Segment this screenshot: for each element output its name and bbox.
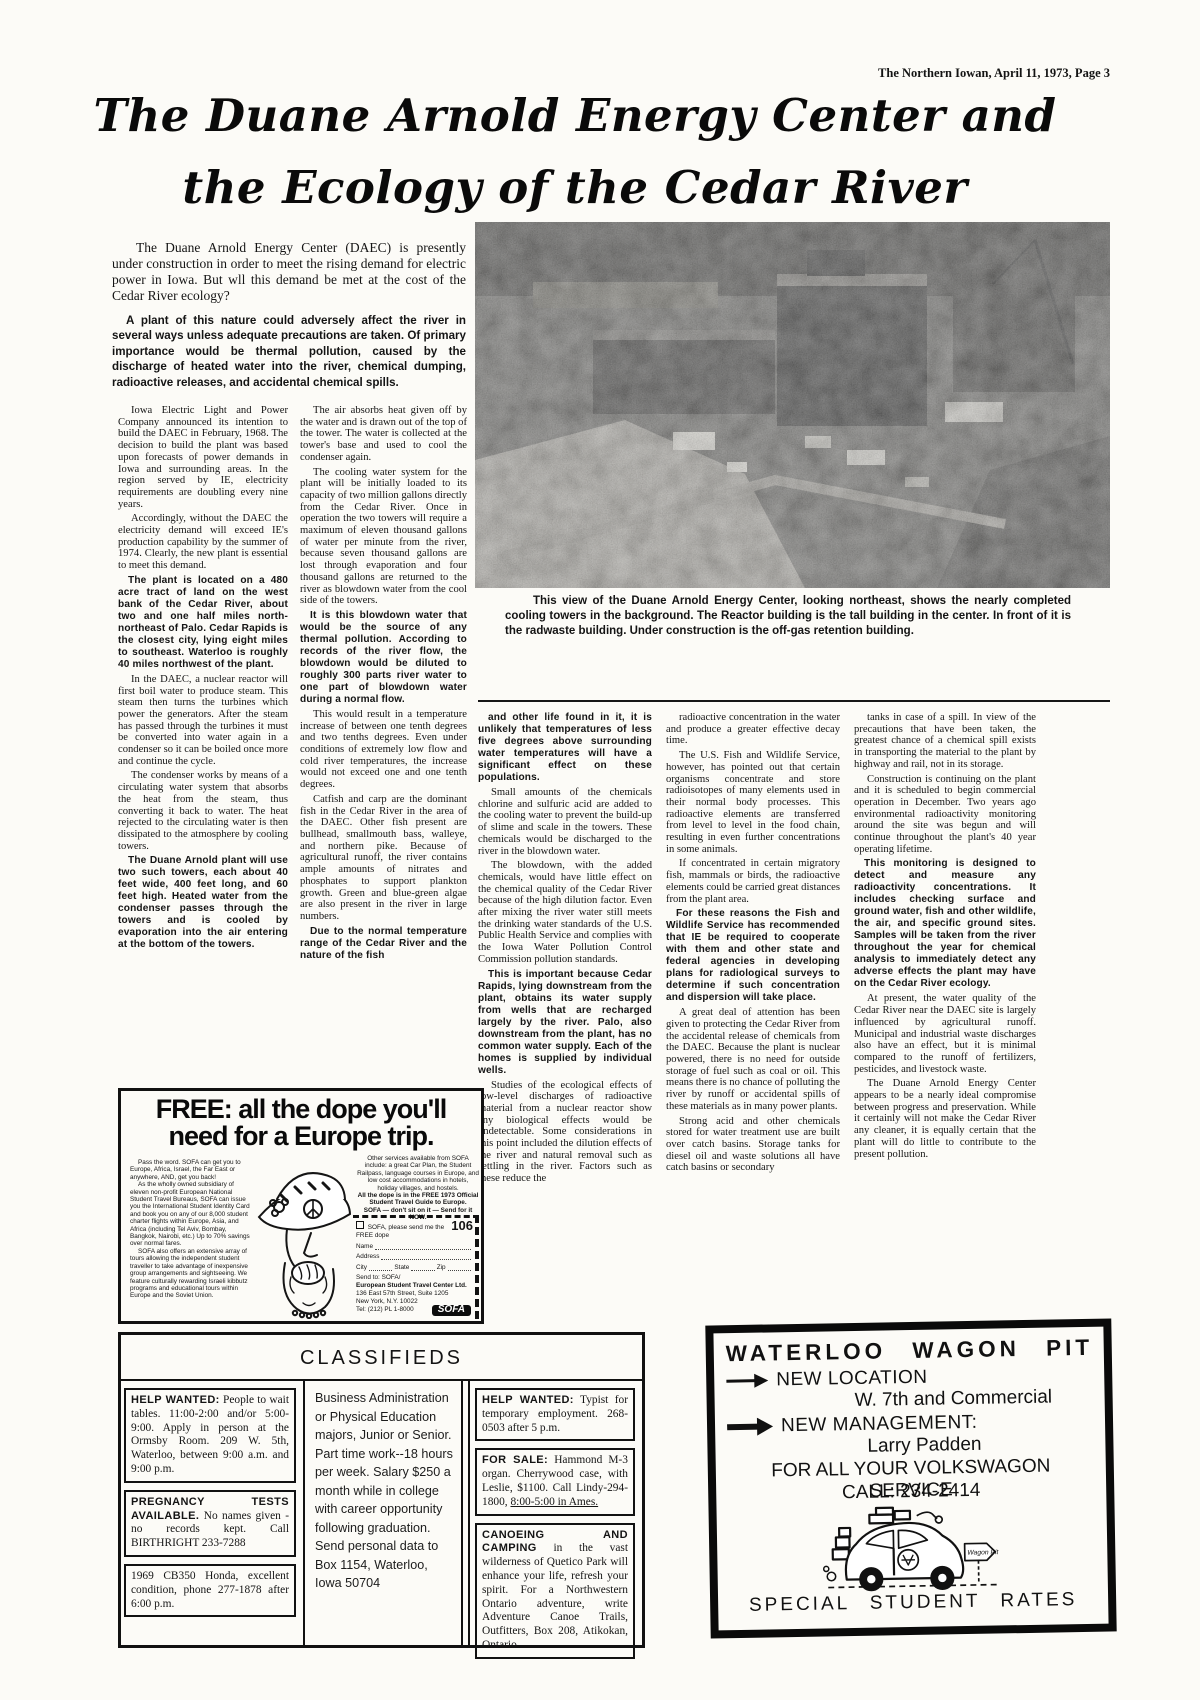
paragraph: The blowdown, with the added chemicals, …: [478, 860, 652, 965]
classified-ad-honda: 1969 CB350 Honda, excellent condition, p…: [124, 1564, 296, 1617]
paragraph: For these reasons the Fish and Wildlife …: [666, 908, 840, 1004]
sofa-services-line1: Other services available from SOFA inclu…: [357, 1155, 479, 1192]
wagon-car-area: Wagon Pit: [728, 1501, 1095, 1595]
vw-beetle-illustration: Wagon Pit: [805, 1502, 1019, 1594]
sofa-services-text: Other services available from SOFA inclu…: [357, 1155, 479, 1222]
sofa-logo: SOFA: [432, 1305, 471, 1316]
wagon-new-management-label: NEW MANAGEMENT:: [781, 1411, 978, 1436]
classified-body: People to wait tables. 11:00-2:00 and/or…: [131, 1394, 289, 1475]
paragraph: The Duane Arnold plant will use two such…: [118, 855, 288, 951]
newspaper-page: The Northern Iowan, April 11, 1973, Page…: [0, 0, 1200, 1700]
classified-body: in the vast wilderness of Quetico Park w…: [482, 1542, 628, 1651]
article-column-2: The air absorbs heat given off by the wa…: [300, 405, 467, 965]
coupon-code: 106: [451, 1221, 473, 1231]
classified-ad-canoeing: CANOEING AND CAMPING in the vast wildern…: [475, 1523, 635, 1659]
arrow-icon: [726, 1372, 768, 1389]
paragraph: If concentrated in certain migratory fis…: [666, 858, 840, 905]
paragraph: Construction is continuing on the plant …: [854, 774, 1036, 856]
classified-label: HELP WANTED:: [482, 1394, 574, 1406]
photo-caption: This view of the Duane Arnold Energy Cen…: [505, 594, 1071, 639]
paragraph: Small amounts of the chemicals chlorine …: [478, 787, 652, 857]
paragraph: Strong acid and other chemicals stored f…: [666, 1116, 840, 1175]
classified-body: 1969 CB350 Honda, excellent condition, p…: [131, 1570, 289, 1610]
classified-ad-pregnancy-tests: PREGNANCY TESTS AVAILABLE. No names give…: [124, 1490, 296, 1557]
article-column-3: and other life found in it, it is unlike…: [478, 712, 652, 1188]
paragraph: Studies of the ecological effects of low…: [478, 1080, 652, 1185]
paragraph: The air absorbs heat given off by the wa…: [300, 405, 467, 464]
classified-ad-business-majors: Business Administration or Physical Educ…: [315, 1389, 455, 1593]
paragraph: The plant is located on a 480 acre tract…: [118, 575, 288, 671]
sofa-left-text: Pass the word. SOFA can get you to Europ…: [130, 1159, 250, 1300]
coupon-zip-field: [448, 1265, 471, 1271]
coupon-org: European Student Travel Center Ltd.: [356, 1282, 473, 1290]
paragraph: Catfish and carp are the dominant fish i…: [300, 794, 467, 923]
headline-line-2: the Ecology of the Cedar River: [40, 152, 1110, 224]
paragraph: As the wholly owned subsidiary of eleven…: [130, 1181, 250, 1248]
aerial-photo-illustration: [475, 222, 1110, 588]
sofa-character-illustration: [251, 1157, 353, 1319]
paragraph: The cooling water system for the plant w…: [300, 467, 467, 607]
intro-paragraph: The Duane Arnold Energy Center (DAEC) is…: [112, 240, 466, 304]
headline-line-1: The Duane Arnold Energy Center and: [40, 80, 1110, 152]
sofa-ad-body: Pass the word. SOFA can get you to Europ…: [121, 1153, 481, 1321]
paragraph: and other life found in it, it is unlike…: [478, 712, 652, 784]
paragraph: This is important because Cedar Rapids, …: [478, 969, 652, 1077]
classifieds-section: CLASSIFIEDS HELP WANTED: People to wait …: [118, 1332, 645, 1648]
sofa-headline: FREE: all the dope you'll need for a Eur…: [125, 1096, 477, 1150]
column-divider: [303, 1381, 305, 1645]
coupon-name-field: [375, 1244, 471, 1250]
coupon-request-text: SOFA, please send me the FREE dope: [356, 1224, 444, 1239]
paragraph: In the DAEC, a nuclear reactor will firs…: [118, 674, 288, 768]
section-divider: [478, 700, 1110, 702]
coupon-state-field: [411, 1265, 434, 1271]
sofa-headline-line1: FREE: all the dope you'll: [125, 1096, 477, 1123]
coupon-city-label: City: [356, 1264, 367, 1272]
wagon-new-location-label: NEW LOCATION: [776, 1366, 928, 1391]
paragraph: Due to the normal temperature range of t…: [300, 926, 467, 962]
intro-bold-paragraph: A plant of this nature could adversely a…: [112, 313, 466, 390]
paragraph: The U.S. Fish and Wildlife Service, howe…: [666, 750, 840, 855]
classified-ad-organ: FOR SALE: Hammond M-3 organ. Cherrywood …: [475, 1448, 635, 1515]
column-divider: [461, 1381, 463, 1645]
classified-label: FOR SALE:: [482, 1454, 548, 1466]
coupon-state-label: State: [394, 1264, 409, 1272]
coupon-zip-label: Zip: [437, 1264, 446, 1272]
article-column-4: radioactive concentration in the water a…: [666, 712, 840, 1177]
coupon-checkbox: [356, 1221, 364, 1229]
sofa-travel-ad: FREE: all the dope you'll need for a Eur…: [118, 1088, 484, 1324]
classifieds-right-column: HELP WANTED: Typist for temporary employ…: [475, 1388, 635, 1666]
sofa-coupon: 106 SOFA, please send me the FREE dope N…: [353, 1215, 479, 1319]
coupon-addr1: 136 East 57th Street, Suite 1205: [356, 1290, 473, 1298]
coupon-address-label: Address: [356, 1253, 379, 1261]
paragraph: Iowa Electric Light and Power Company an…: [118, 405, 288, 510]
wagon-student-rates-line: SPECIAL STUDENT RATES: [730, 1589, 1096, 1619]
classifieds-left-column: HELP WANTED: People to wait tables. 11:0…: [124, 1388, 296, 1624]
article-headline: The Duane Arnold Energy Center and the E…: [40, 80, 1110, 224]
coupon-address-field: [381, 1254, 471, 1260]
article-column-1: Iowa Electric Light and Power Company an…: [118, 405, 288, 954]
coupon-city-field: [369, 1265, 392, 1271]
article-column-5: tanks in case of a spill. In view of the…: [854, 712, 1036, 1163]
paragraph: tanks in case of a spill. In view of the…: [854, 712, 1036, 771]
classified-ad-typist: HELP WANTED: Typist for temporary employ…: [475, 1388, 635, 1441]
article-intro: The Duane Arnold Energy Center (DAEC) is…: [112, 240, 466, 390]
paragraph: Pass the word. SOFA can get you to Europ…: [130, 1159, 250, 1181]
wagon-pit-ad: WATERLOO WAGON PIT NEW LOCATION W. 7th a…: [705, 1318, 1116, 1638]
masthead: The Northern Iowan, April 11, 1973, Page…: [878, 66, 1110, 81]
paragraph: A great deal of attention has been given…: [666, 1007, 840, 1112]
wagon-pit-sign-label: Wagon Pit: [967, 1549, 999, 1557]
coupon-name-label: Name: [356, 1243, 373, 1251]
classifieds-body: HELP WANTED: People to wait tables. 11:0…: [121, 1381, 642, 1645]
paragraph: At present, the water quality of the Ced…: [854, 993, 1036, 1075]
sofa-services-line2: All the dope is in the FREE 1973 Officia…: [357, 1192, 479, 1207]
paragraph: The Duane Arnold Energy Center appears t…: [854, 1078, 1036, 1160]
paragraph: It is this blowdown water that would be …: [300, 610, 467, 706]
classifieds-header: CLASSIFIEDS: [121, 1335, 642, 1381]
arrow-icon: [727, 1417, 773, 1436]
paragraph: radioactive concentration in the water a…: [666, 712, 840, 747]
paragraph: This would result in a temperature incre…: [300, 709, 467, 791]
classified-ad-help-wanted-waiters: HELP WANTED: People to wait tables. 11:0…: [124, 1388, 296, 1483]
classified-label: HELP WANTED:: [131, 1394, 220, 1406]
article-photo: [475, 222, 1110, 588]
paragraph: Accordingly, without the DAEC the electr…: [118, 513, 288, 572]
sofa-headline-line2: need for a Europe trip.: [125, 1123, 477, 1150]
paragraph: The condenser works by means of a circul…: [118, 770, 288, 852]
column-divider: [468, 1381, 470, 1645]
classified-underlined: 8:00-5:00 in Ames.: [510, 1496, 598, 1508]
wagon-ad-title: WATERLOO WAGON PIT: [726, 1333, 1092, 1369]
paragraph: SOFA also offers an extensive array of t…: [130, 1248, 250, 1300]
paragraph: This monitoring is designed to detect an…: [854, 858, 1036, 990]
coupon-send-to: Send to: SOFA/: [356, 1274, 473, 1282]
